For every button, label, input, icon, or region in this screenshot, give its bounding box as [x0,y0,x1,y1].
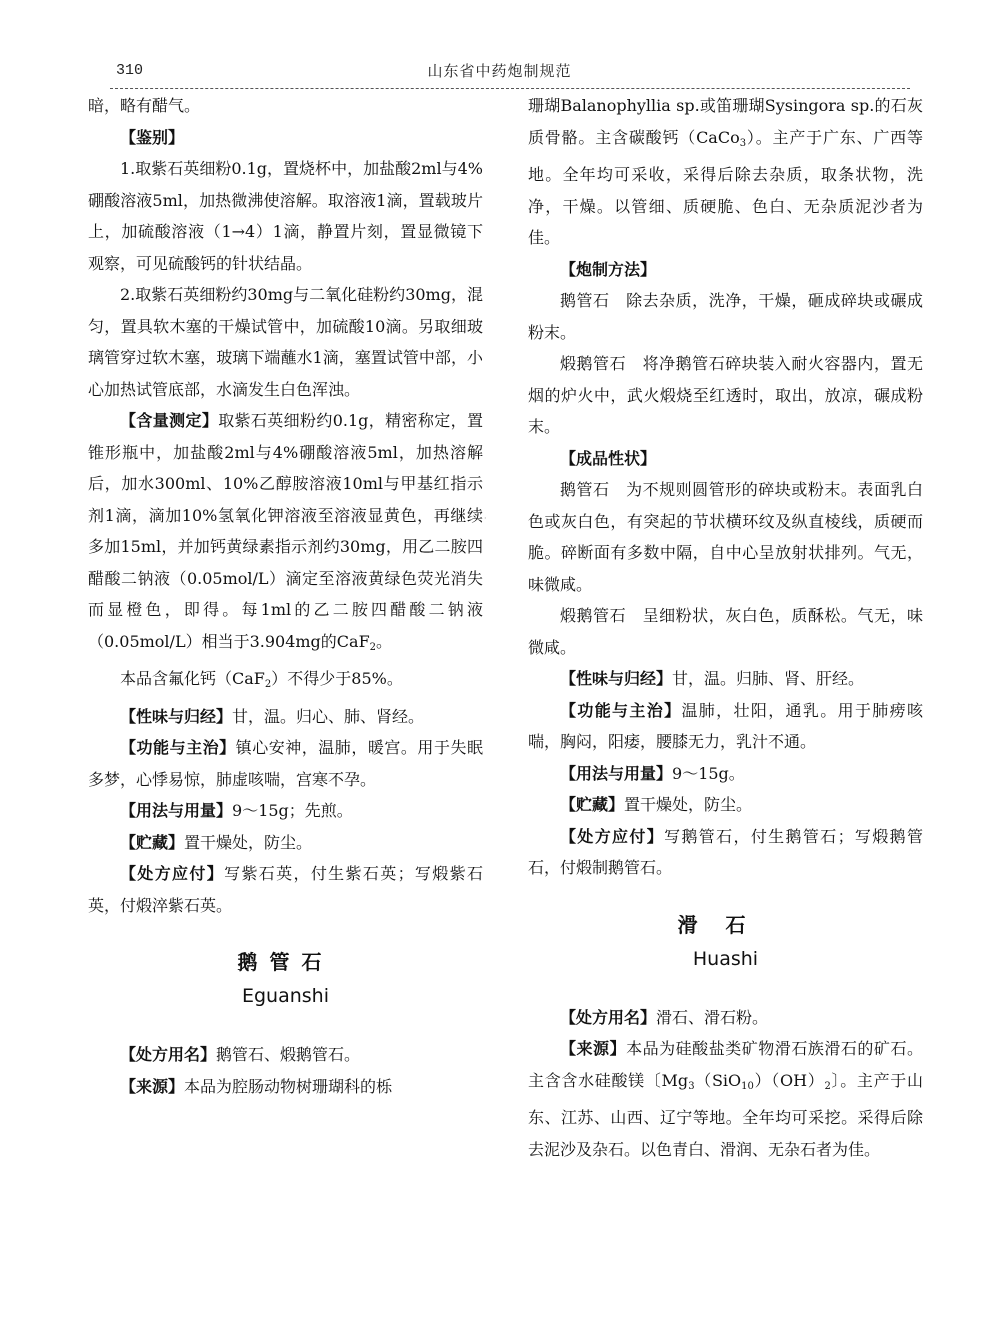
entry-title: 鹅管石 [88,945,483,979]
section-heading-identification: 【鉴别】 [88,122,483,154]
text: ）（OH） [754,1071,825,1090]
paragraph-function: 【功能与主治】镇心安神，温肺，暖宫。用于失眠多梦，心悸易惊，肺虚咳喘，宫寒不孕。 [88,732,483,795]
section-tag: 【含量测定】 [120,411,218,430]
entry-title: 滑石 [528,908,923,942]
paragraph: 1.取紫石英细粉0.1g，置烧杯中，加盐酸2ml与4%硼酸溶液5ml，加热微沸使… [88,153,483,279]
section-tag: 【性味与归经】 [560,669,672,688]
text: 本品为腔肠动物树珊瑚科的栎 [184,1077,392,1096]
paragraph-prescription: 【处方应付】写鹅管石，付生鹅管石；写煅鹅管石，付煅制鹅管石。 [528,821,923,884]
text: 本品含氟化钙（CaF [120,669,265,688]
section-tag: 【功能与主治】 [120,738,236,757]
left-column: 暗，略有醋气。 【鉴别】 1.取紫石英细粉0.1g，置烧杯中，加盐酸2ml与4%… [88,90,483,1102]
section-tag: 【用法与用量】 [560,764,672,783]
section-tag: 【贮藏】 [120,833,184,852]
paragraph: 鹅管石 为不规则圆管形的碎块或粉末。表面乳白色或灰白色，有突起的节状横环纹及纵直… [528,474,923,600]
running-title: 山东省中药炮制规范 [0,60,999,81]
text: 置干燥处，防尘。 [624,795,752,814]
subscript: 10 [741,1081,754,1092]
text: 甘，温。归肺、肾、肝经。 [672,669,864,688]
section-tag: 【性味与归经】 [120,707,232,726]
section-tag: 【来源】 [560,1039,626,1058]
section-tag: 【成品性状】 [560,449,656,468]
paragraph: 煅鹅管石 呈细粉状，灰白色，质酥松。气无，味微咸。 [528,600,923,663]
paragraph: 煅鹅管石 将净鹅管石碎块装入耐火容器内，置无烟的炉火中，武火煅烧至红透时，取出，… [528,348,923,443]
paragraph: 暗，略有醋气。 [88,90,483,122]
paragraph-nature: 【性味与归经】甘，温。归肺、肾、肝经。 [528,663,923,695]
section-tag: 【处方应付】 [560,827,664,846]
section-tag: 【处方应付】 [120,864,224,883]
section-tag: 【贮藏】 [560,795,624,814]
paragraph-usage: 【用法与用量】9～15g；先煎。 [88,795,483,827]
paragraph-function: 【功能与主治】温肺，壮阳，通乳。用于肺痨咳喘，胸闷，阳痿，腰膝无力，乳汁不通。 [528,695,923,758]
text: 置干燥处，防尘。 [184,833,312,852]
text: 鹅管石、煅鹅管石。 [216,1045,360,1064]
text: （SiO [695,1071,742,1090]
entry-pinyin: Huashi [528,942,923,976]
text: 9～15g。 [672,764,745,783]
section-heading-method: 【炮制方法】 [528,254,923,286]
text: 滑石、滑石粉。 [656,1008,768,1027]
section-tag: 【处方用名】 [120,1045,216,1064]
paragraph: 2.取紫石英细粉约30mg与二氧化硅粉约30mg，混匀，置具软木塞的干燥试管中，… [88,279,483,405]
section-tag: 【来源】 [120,1077,184,1096]
section-tag: 【炮制方法】 [560,260,656,279]
header-rule [110,88,910,89]
section-tag: 【用法与用量】 [120,801,232,820]
right-column: 珊瑚Balanophyllia sp.或笛珊瑚Sysingora sp.的石灰质… [528,90,923,1165]
section-tag: 【功能与主治】 [560,701,681,720]
paragraph-source: 【来源】本品为腔肠动物树珊瑚科的栎 [88,1071,483,1103]
paragraph-storage: 【贮藏】置干燥处，防尘。 [88,827,483,859]
scan-artifact: · [484,514,487,523]
paragraph-usage: 【用法与用量】9～15g。 [528,758,923,790]
paragraph-source: 【来源】本品为硅酸盐类矿物滑石族滑石的矿石。主含含水硅酸镁〔Mg3（SiO10）… [528,1033,923,1165]
paragraph: 鹅管石 除去杂质，洗净，干燥，砸成碎块或碾成粉末。 [528,285,923,348]
section-tag: 【处方用名】 [560,1008,656,1027]
text: 。 [376,632,392,651]
paragraph-content: 本品含氟化钙（CaF2）不得少于85%。 [88,663,483,701]
entry-pinyin: Eguanshi [88,979,483,1013]
paragraph-names: 【处方用名】鹅管石、煅鹅管石。 [88,1039,483,1071]
text: 取紫石英细粉约0.1g，精密称定，置锥形瓶中，加盐酸2ml与4%硼酸溶液5ml，… [88,411,483,651]
text: ）不得少于85%。 [271,669,403,688]
section-heading-product: 【成品性状】 [528,443,923,475]
paragraph-assay: 【含量测定】取紫石英细粉约0.1g，精密称定，置锥形瓶中，加盐酸2ml与4%硼酸… [88,405,483,663]
text: 9～15g；先煎。 [232,801,353,820]
paragraph-names: 【处方用名】滑石、滑石粉。 [528,1002,923,1034]
paragraph-source-continued: 珊瑚Balanophyllia sp.或笛珊瑚Sysingora sp.的石灰质… [528,90,923,254]
paragraph-prescription: 【处方应付】写紫石英，付生紫石英；写煅紫石英，付煅淬紫石英。 [88,858,483,921]
text: 甘，温。归心、肺、肾经。 [232,707,424,726]
paragraph-storage: 【贮藏】置干燥处，防尘。 [528,789,923,821]
section-tag: 【鉴别】 [120,128,184,147]
paragraph-nature: 【性味与归经】甘，温。归心、肺、肾经。 [88,701,483,733]
